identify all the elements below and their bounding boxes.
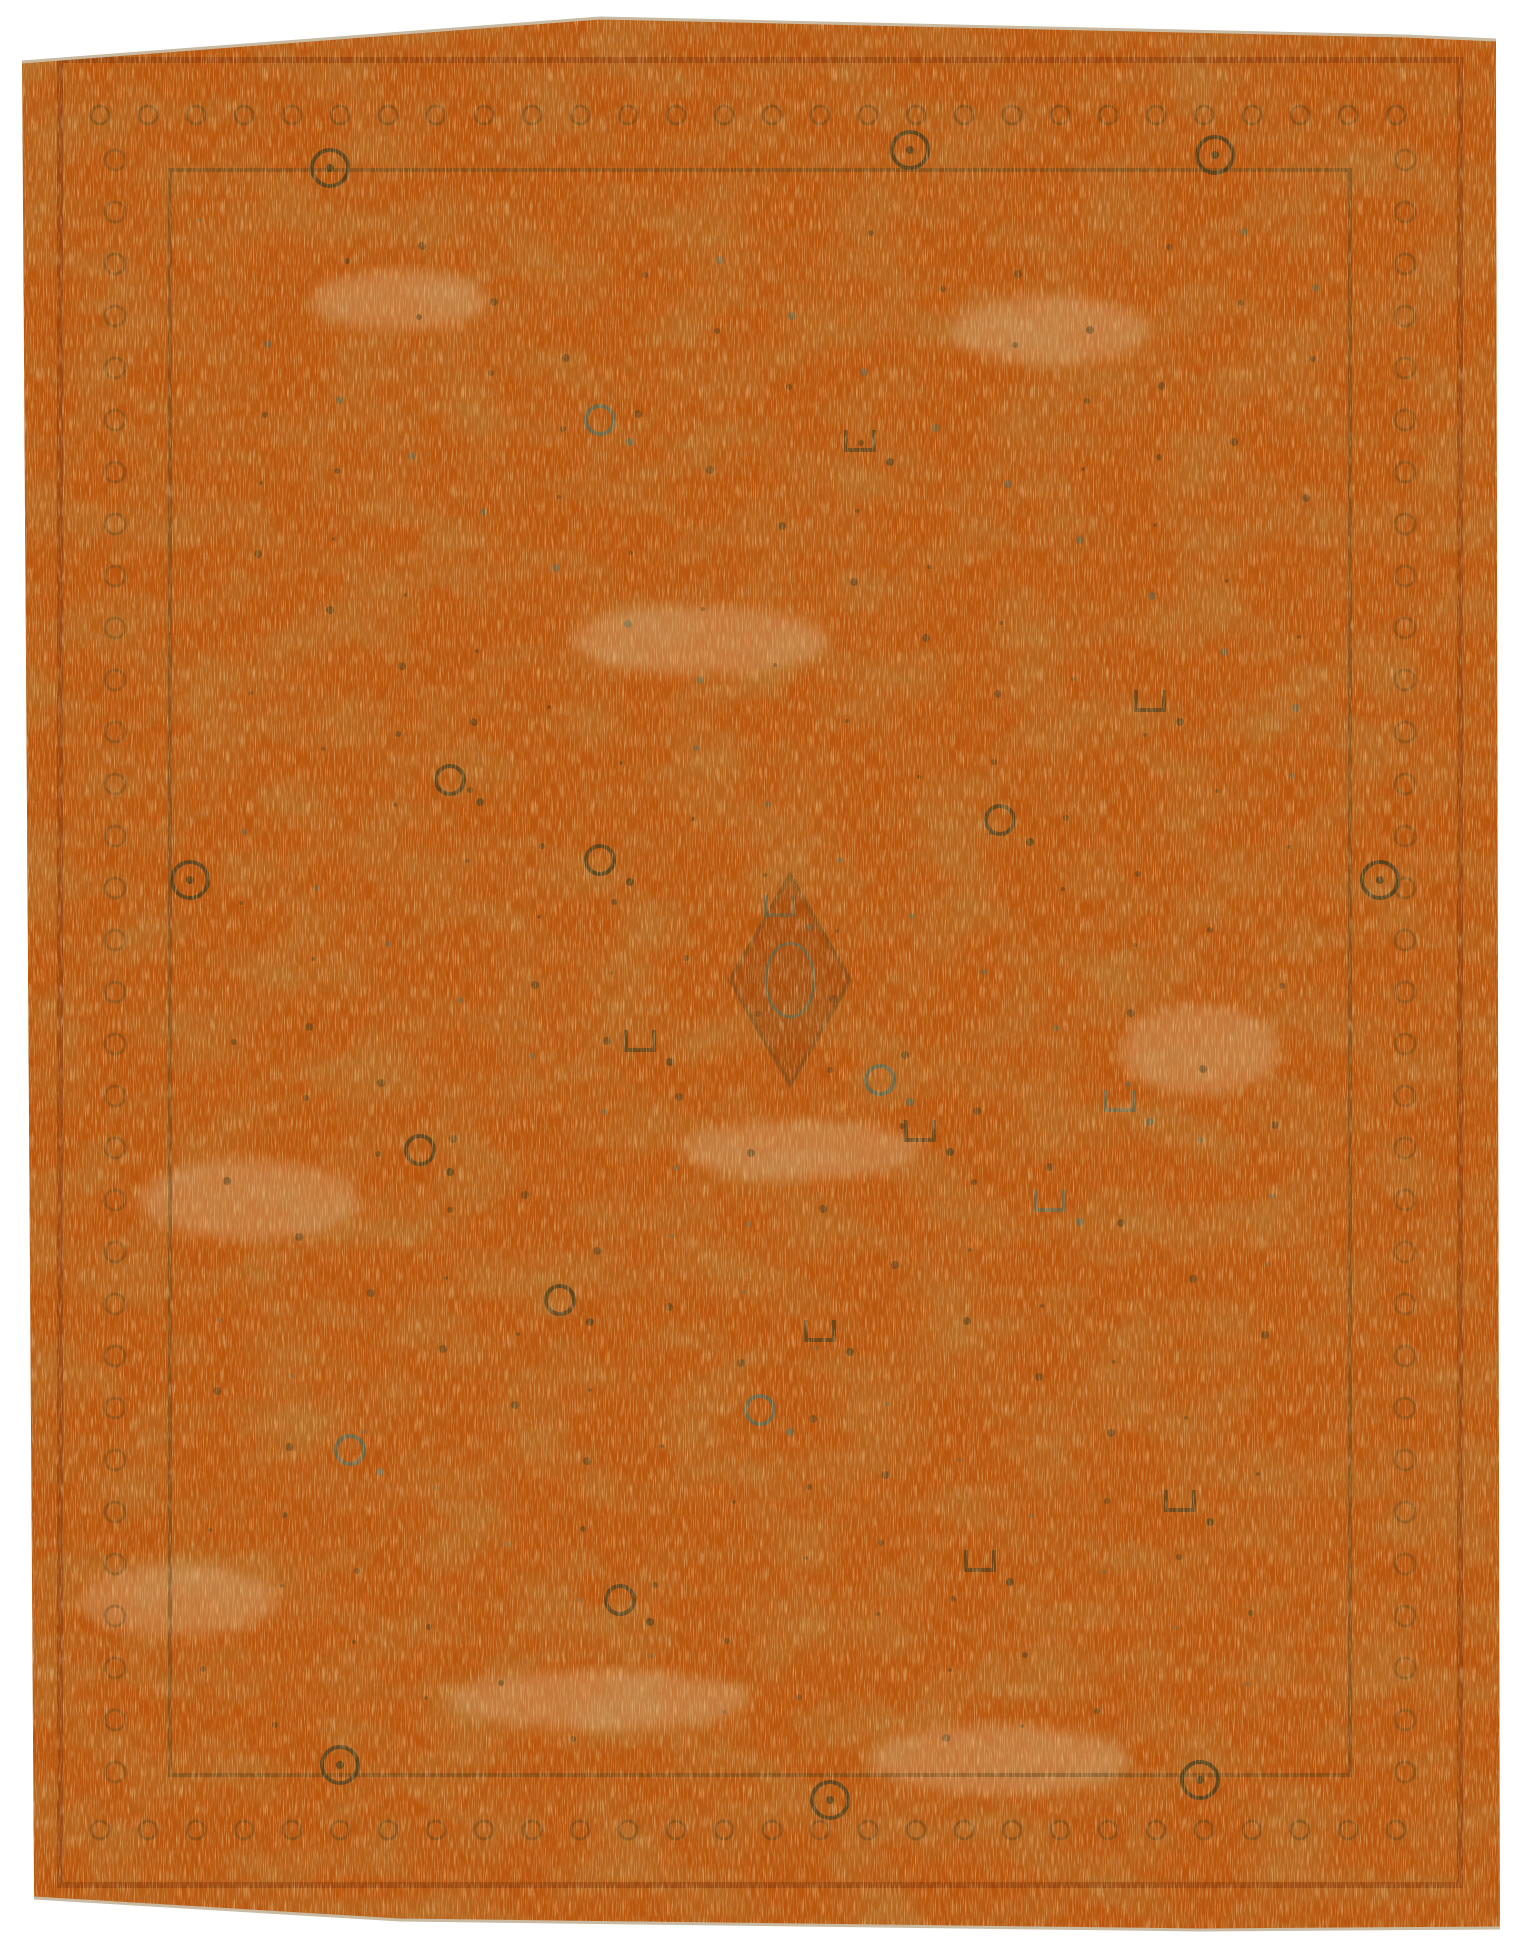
- rug-body: [0, 0, 1519, 1954]
- pile-texture: [0, 0, 1519, 1954]
- rug-illustration: [0, 0, 1519, 1954]
- rug-photo: [0, 0, 1519, 1954]
